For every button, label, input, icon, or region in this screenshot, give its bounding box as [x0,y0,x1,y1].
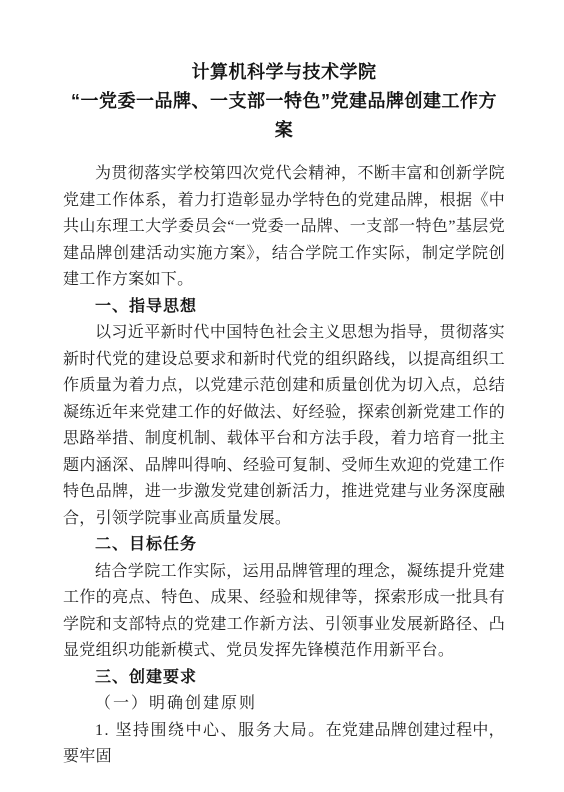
section-3-item-1-lead: 1. 坚持围绕中心、服务大局。 [95,722,326,739]
doc-title-line-2: “一党委一品牌、一支部一特色”党建品牌创建工作方案 [63,87,505,145]
section-1-body: 以习近平新时代中国特色社会主义思想为指导，贯彻落实新时代党的建设总要求和新时代党… [63,320,505,532]
intro-paragraph: 为贯彻落实学校第四次党代会精神，不断丰富和创新学院党建工作体系，着力打造彰显办学… [63,161,505,294]
section-3-subheading-1: （一）明确创建原则 [63,691,505,718]
section-2-body: 结合学院工作实际，运用品牌管理的理念，凝练提升党建工作的亮点、特色、成果、经验和… [63,559,505,665]
document-body: 为贯彻落实学校第四次党代会精神，不断丰富和创新学院党建工作体系，着力打造彰显办学… [63,161,505,771]
section-2-heading: 二、目标任务 [63,532,505,559]
section-1-heading: 一、指导思想 [63,294,505,321]
section-3-item-1: 1. 坚持围绕中心、服务大局。在党建品牌创建过程中，要牢固 [63,718,505,771]
document-page: 计算机科学与技术学院 “一党委一品牌、一支部一特色”党建品牌创建工作方案 为贯彻… [0,0,564,792]
doc-title-line-1: 计算机科学与技术学院 [63,58,505,87]
section-3-heading: 三、创建要求 [63,665,505,692]
